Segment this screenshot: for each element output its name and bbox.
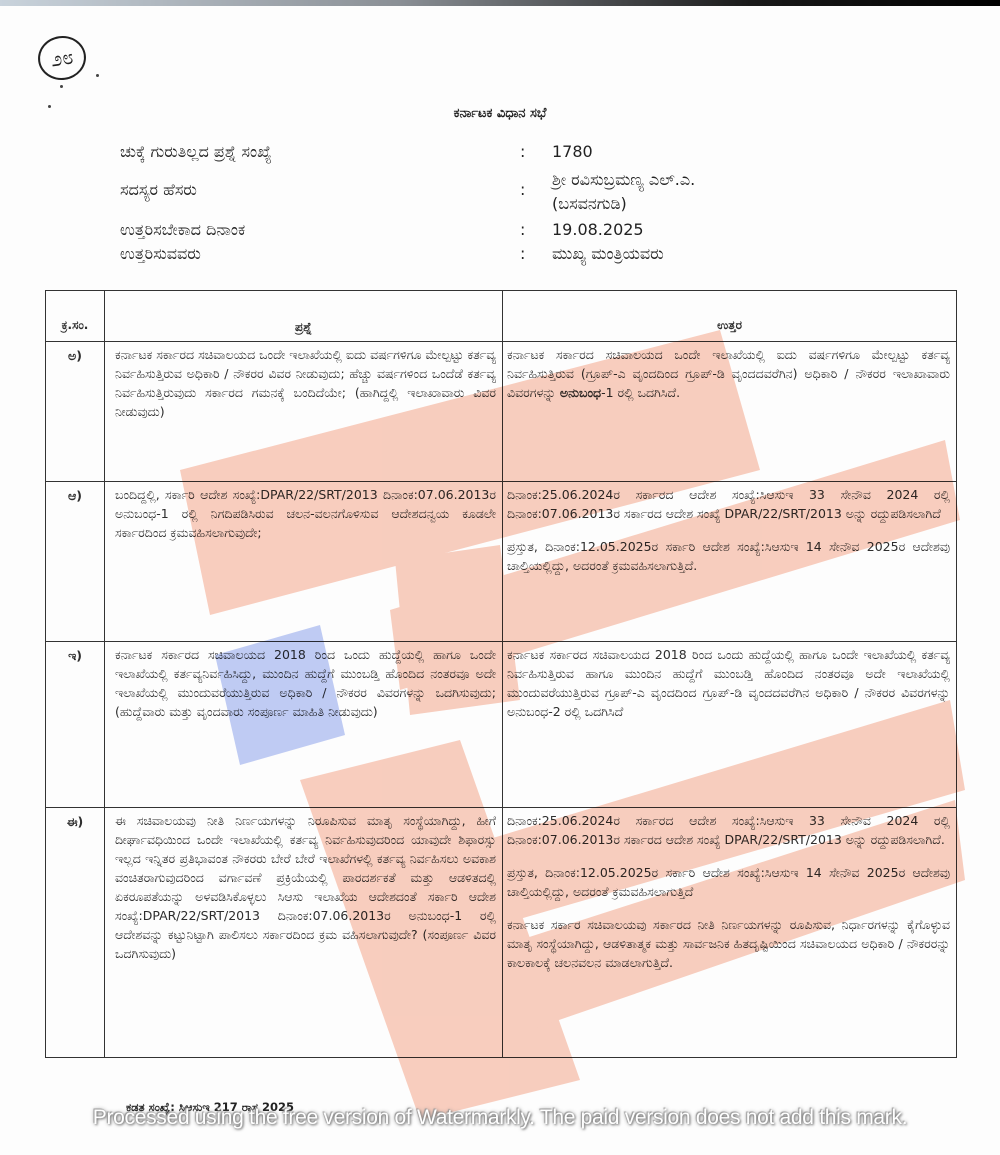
meta-row-answered-by: ಉತ್ತರಿಸುವವರು : ಮುಖ್ಯ ಮಂತ್ರಿಯವರು — [120, 242, 820, 266]
document-title: ಕರ್ನಾಟಕ ವಿಧಾನ ಸಭೆ — [0, 106, 1000, 121]
row-serial: ಇ) — [46, 642, 105, 808]
meta-value: ಮುಖ್ಯ ಮಂತ್ರಿಯವರು — [552, 242, 820, 266]
watermark-text: Processed using the free version of Wate… — [0, 1106, 1000, 1130]
table-row: ಅ)ಕರ್ನಾಟಕ ಸರ್ಕಾರದ ಸಚಿವಾಲಯದ ಒಂದೇ ಇಲಾಖೆಯಲ್… — [46, 342, 957, 482]
meta-row-question-number: ಚುಕ್ಕೆ ಗುರುತಿಲ್ಲದ ಪ್ರಶ್ನೆ ಸಂಖ್ಯೆ : 1780 — [120, 140, 820, 164]
answer-paragraph: ಕರ್ನಾಟಕ ಸರ್ಕಾರದ ಸಚಿವಾಲಯದ ಒಂದೇ ಇಲಾಖೆಯಲ್ಲಿ… — [507, 345, 950, 402]
meta-colon: : — [520, 218, 552, 242]
answer-paragraph: ಪ್ರಸ್ತುತ, ದಿನಾಂಕ:12.05.2025ರ ಸರ್ಕಾರಿ ಆದೇ… — [507, 863, 950, 901]
member-constituency: (ಬಸವನಗುಡಿ) — [552, 192, 820, 216]
meta-colon: : — [520, 168, 552, 202]
answer-text: ಕರ್ನಾಟಕ ಸರ್ಕಾರದ ಸಚಿವಾಲಯದ 2018 ರಿಂದ ಒಂದು … — [507, 647, 950, 719]
answer-text: ಪ್ರಸ್ತುತ, ದಿನಾಂಕ:12.05.2025ರ ಸರ್ಕಾರಿ ಆದೇ… — [507, 539, 950, 573]
row-answer: ಕರ್ನಾಟಕ ಸರ್ಕಾರದ ಸಚಿವಾಲಯದ 2018 ರಿಂದ ಒಂದು … — [503, 642, 957, 808]
answer-paragraph: ಕರ್ನಾಟಕ ಸರ್ಕಾರದ ಸಚಿವಾಲಯದ 2018 ರಿಂದ ಒಂದು … — [507, 645, 950, 721]
question-metadata: ಚುಕ್ಕೆ ಗುರುತಿಲ್ಲದ ಪ್ರಶ್ನೆ ಸಂಖ್ಯೆ : 1780 … — [120, 140, 820, 266]
row-answer: ಕರ್ನಾಟಕ ಸರ್ಕಾರದ ಸಚಿವಾಲಯದ ಒಂದೇ ಇಲಾಖೆಯಲ್ಲಿ… — [503, 342, 957, 482]
answer-paragraph: ದಿನಾಂಕ:25.06.2024ರ ಸರ್ಕಾರದ ಆದೇಶ ಸಂಖ್ಯೆ:ಸ… — [507, 485, 950, 523]
meta-colon: : — [520, 140, 552, 164]
meta-label: ಚುಕ್ಕೆ ಗುರುತಿಲ್ಲದ ಪ್ರಶ್ನೆ ಸಂಖ್ಯೆ — [120, 140, 520, 164]
answer-text: ದಿನಾಂಕ:25.06.2024ರ ಸರ್ಕಾರದ ಆದೇಶ ಸಂಖ್ಯೆ:ಸ… — [507, 487, 950, 521]
answer-text: ದಿನಾಂಕ:25.06.2024ರ ಸರ್ಕಾರದ ಆದೇಶ ಸಂಖ್ಯೆ:ಸ… — [507, 813, 950, 847]
table-row: ಈ)ಈ ಸಚಿವಾಲಯವು ನೀತಿ ನಿರ್ಣಯಗಳನ್ನು ನಿರೂಪಿಸು… — [46, 808, 957, 1058]
meta-label: ಉತ್ತರಿಸಬೇಕಾದ ದಿನಾಂಕ — [120, 218, 520, 242]
header-answer: ಉತ್ತರ — [503, 291, 957, 342]
row-question: ಕರ್ನಾಟಕ ಸರ್ಕಾರದ ಸಚಿವಾಲಯದ 2018 ರಿಂದ ಒಂದು … — [105, 642, 503, 808]
meta-value: ಶ್ರೀ ರವಿಸುಬ್ರಮಣ್ಯ ಎಲ್.ಎ. (ಬಸವನಗುಡಿ) — [552, 168, 820, 216]
header-serial: ಕ್ರ.ಸಂ. — [46, 291, 105, 342]
row-question: ಬಂದಿದ್ದಲ್ಲಿ, ಸರ್ಕಾರಿ ಆದೇಶ ಸಂಖ್ಯೆ:DPAR/22… — [105, 482, 503, 642]
member-name: ಶ್ರೀ ರವಿಸುಬ್ರಮಣ್ಯ ಎಲ್.ಎ. — [552, 168, 820, 192]
row-answer: ದಿನಾಂಕ:25.06.2024ರ ಸರ್ಕಾರದ ಆದೇಶ ಸಂಖ್ಯೆ:ಸ… — [503, 482, 957, 642]
meta-label: ಉತ್ತರಿಸುವವರು — [120, 242, 520, 266]
scan-speck — [60, 85, 63, 88]
row-serial: ಅ) — [46, 342, 105, 482]
answer-paragraph: ಪ್ರಸ್ತುತ, ದಿನಾಂಕ:12.05.2025ರ ಸರ್ಕಾರಿ ಆದೇ… — [507, 537, 950, 575]
table-header-row: ಕ್ರ.ಸಂ. ಪ್ರಶ್ನೆ ಉತ್ತರ — [46, 291, 957, 342]
annexure-reference: ಅನುಬಂಧ — [560, 385, 601, 400]
meta-label: ಸದಸ್ಯರ ಹೆಸರು — [120, 168, 520, 202]
row-serial: ಆ) — [46, 482, 105, 642]
meta-colon: : — [520, 242, 552, 266]
scan-top-edge — [0, 0, 1000, 6]
meta-value: 19.08.2025 — [552, 218, 820, 242]
row-question: ಈ ಸಚಿವಾಲಯವು ನೀತಿ ನಿರ್ಣಯಗಳನ್ನು ನಿರೂಪಿಸುವ … — [105, 808, 503, 1058]
meta-row-member-name: ಸದಸ್ಯರ ಹೆಸರು : ಶ್ರೀ ರವಿಸುಬ್ರಮಣ್ಯ ಎಲ್.ಎ. … — [120, 168, 820, 216]
answer-paragraph: ಕರ್ನಾಟಕ ಸರ್ಕಾರ ಸಚಿವಾಲಯವು ಸರ್ಕಾರದ ನೀತಿ ನಿ… — [507, 915, 950, 972]
answer-text: ಕರ್ನಾಟಕ ಸರ್ಕಾರ ಸಚಿವಾಲಯವು ಸರ್ಕಾರದ ನೀತಿ ನಿ… — [507, 917, 950, 970]
header-question: ಪ್ರಶ್ನೆ — [105, 291, 503, 342]
meta-value: 1780 — [552, 140, 820, 164]
table-row: ಇ)ಕರ್ನಾಟಕ ಸರ್ಕಾರದ ಸಚಿವಾಲಯದ 2018 ರಿಂದ ಒಂದ… — [46, 642, 957, 808]
question-answer-table: ಕ್ರ.ಸಂ. ಪ್ರಶ್ನೆ ಉತ್ತರ ಅ)ಕರ್ನಾಟಕ ಸರ್ಕಾರದ … — [45, 290, 957, 1058]
answer-paragraph: ದಿನಾಂಕ:25.06.2024ರ ಸರ್ಕಾರದ ಆದೇಶ ಸಂಖ್ಯೆ:ಸ… — [507, 811, 950, 849]
answer-text: -1 ರಲ್ಲಿ ಒದಗಿಸಿದೆ. — [601, 385, 680, 400]
row-answer: ದಿನಾಂಕ:25.06.2024ರ ಸರ್ಕಾರದ ಆದೇಶ ಸಂಖ್ಯೆ:ಸ… — [503, 808, 957, 1058]
answer-text: ಪ್ರಸ್ತುತ, ದಿನಾಂಕ:12.05.2025ರ ಸರ್ಕಾರಿ ಆದೇ… — [507, 865, 950, 899]
meta-row-answer-date: ಉತ್ತರಿಸಬೇಕಾದ ದಿನಾಂಕ : 19.08.2025 — [120, 218, 820, 242]
row-serial: ಈ) — [46, 808, 105, 1058]
row-question: ಕರ್ನಾಟಕ ಸರ್ಕಾರದ ಸಚಿವಾಲಯದ ಒಂದೇ ಇಲಾಖೆಯಲ್ಲಿ… — [105, 342, 503, 482]
table-row: ಆ)ಬಂದಿದ್ದಲ್ಲಿ, ಸರ್ಕಾರಿ ಆದೇಶ ಸಂಖ್ಯೆ:DPAR/… — [46, 482, 957, 642]
scan-speck — [96, 74, 99, 77]
handwritten-page-number: ೨೮ — [35, 33, 89, 83]
